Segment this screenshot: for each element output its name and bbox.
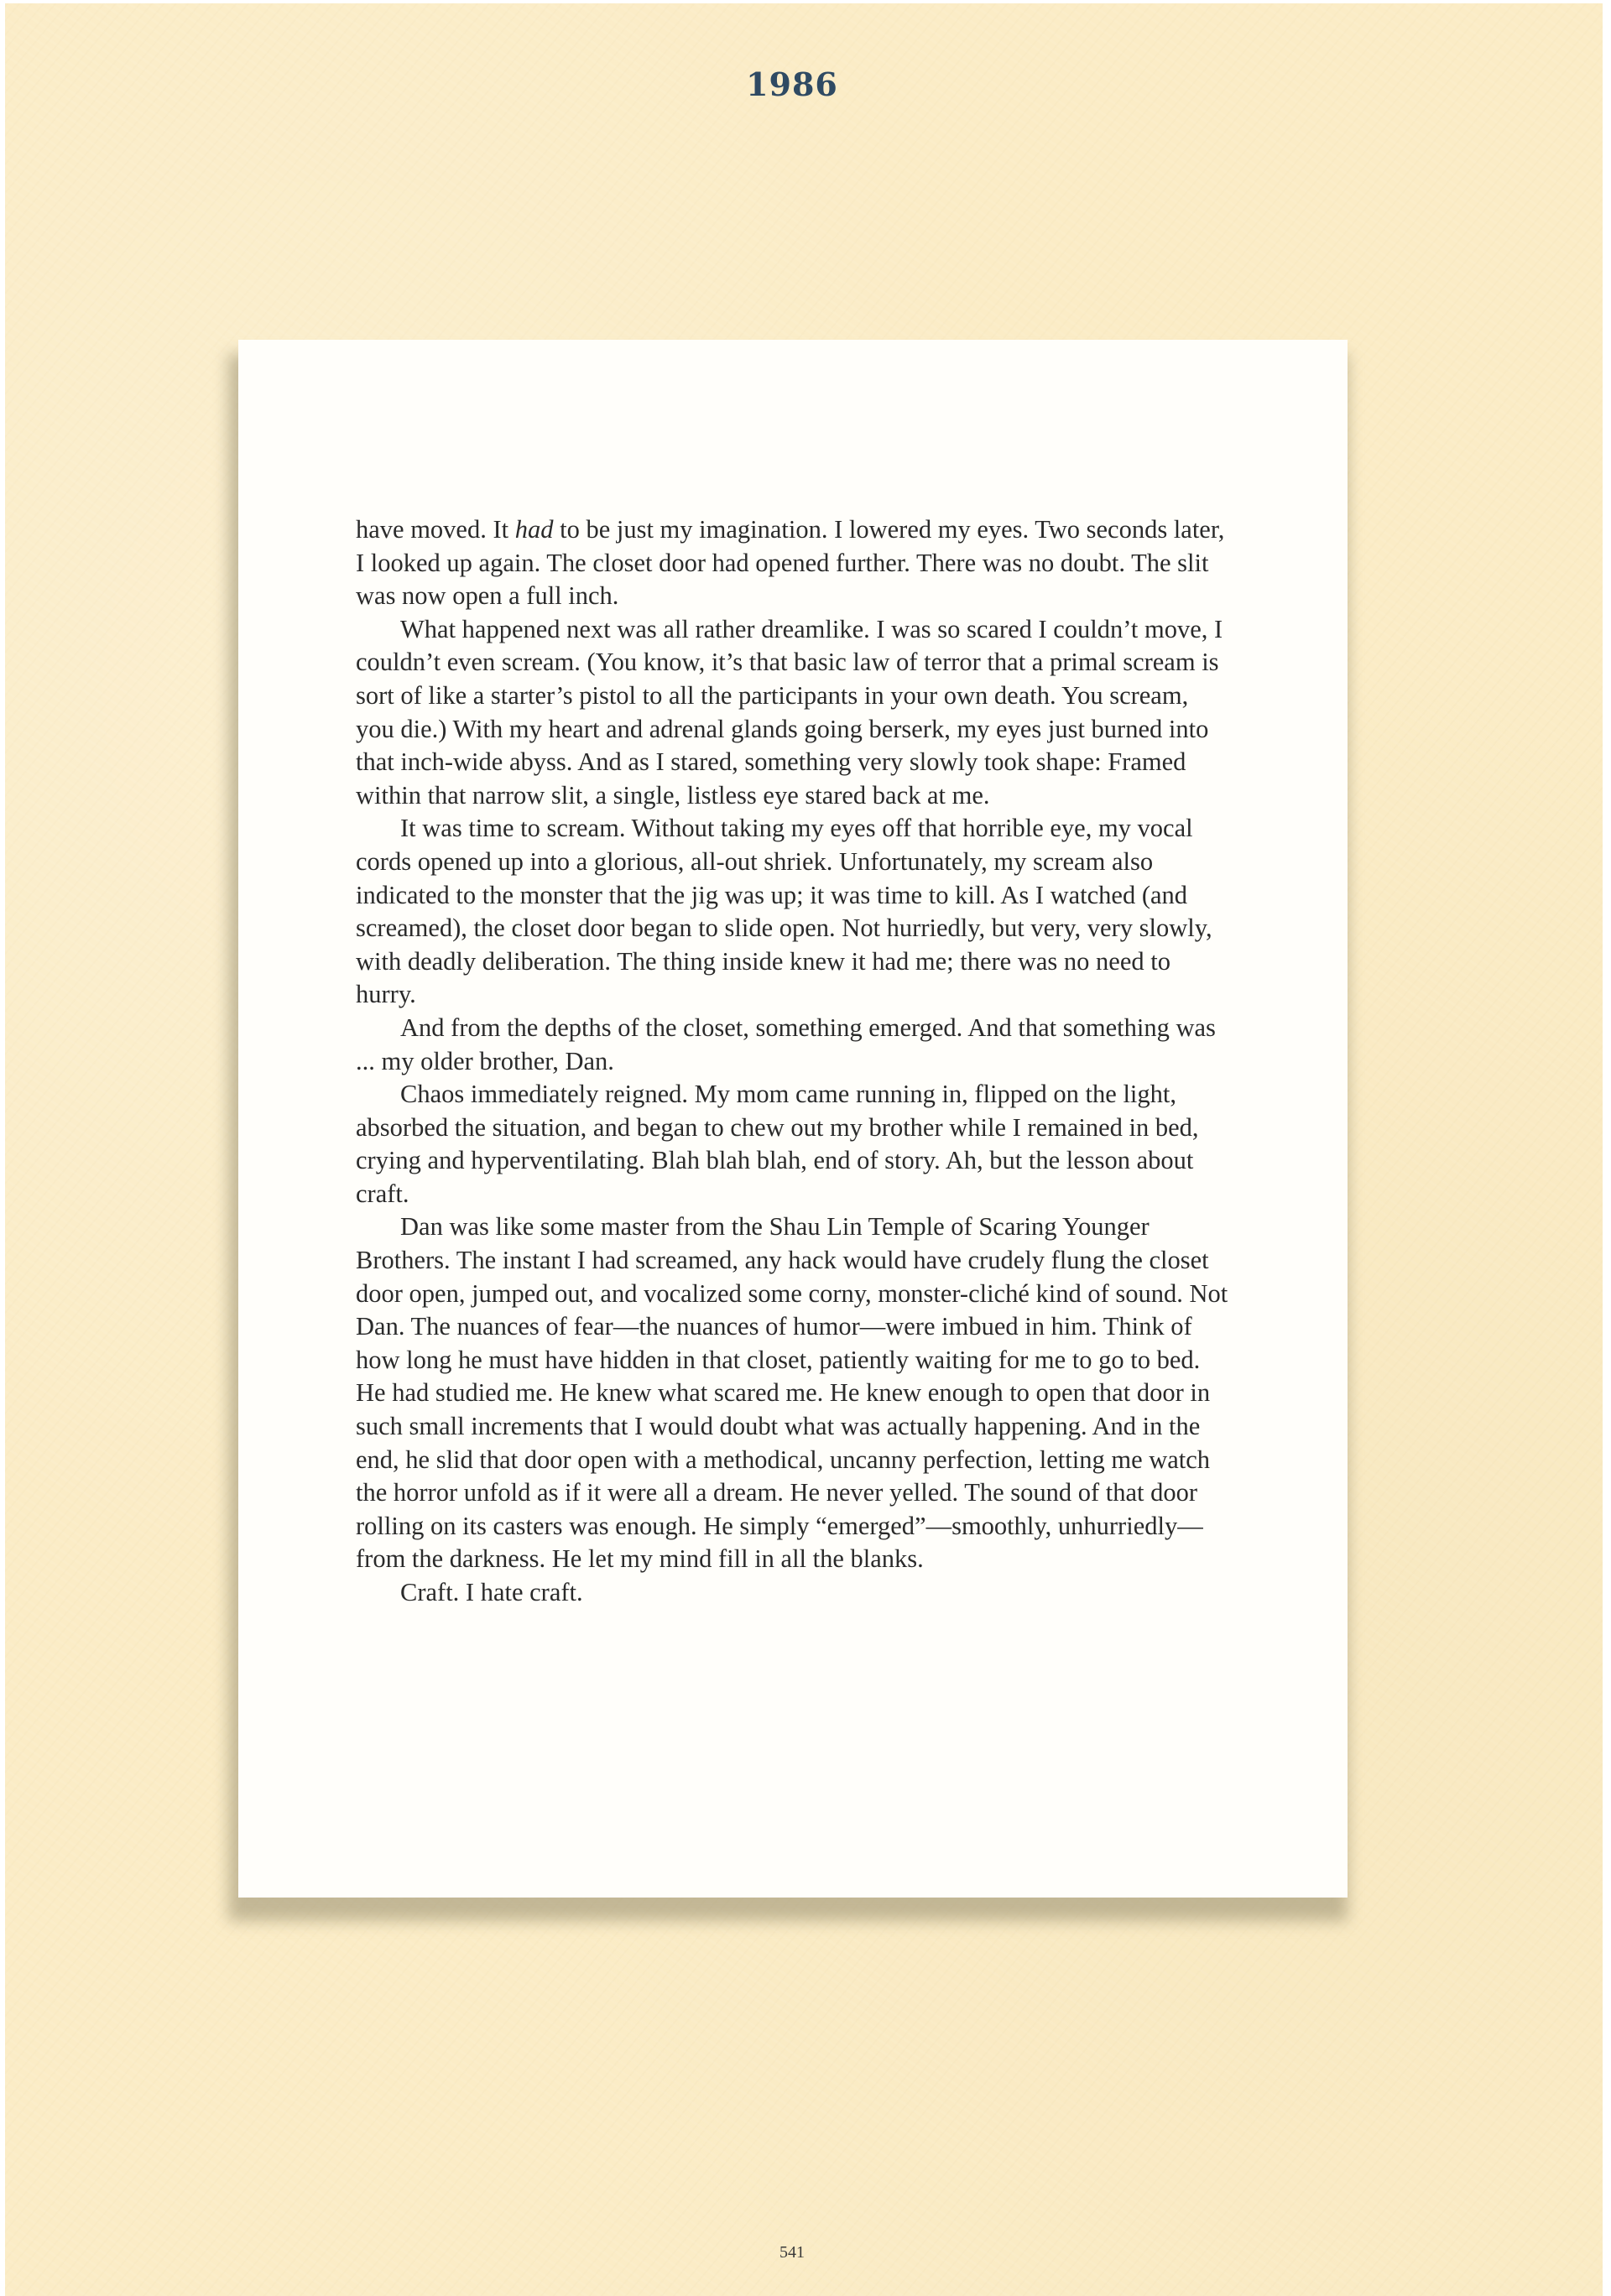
story-paragraph: Chaos immediately reigned. My mom came r… <box>356 1078 1228 1210</box>
page-number: 541 <box>5 2243 1579 2262</box>
paragraph-text: Dan was like some master from the Shau L… <box>356 1212 1228 1573</box>
book-page: 1986 have moved. It had to be just my im… <box>5 3 1603 2296</box>
emphasized-text: had <box>515 515 554 544</box>
story-paragraph: have moved. It had to be just my imagina… <box>356 513 1228 613</box>
chapter-year-heading: 1986 <box>5 65 1579 103</box>
paragraph-text: And from the depths of the closet, somet… <box>356 1013 1216 1075</box>
paragraph-text: Chaos immediately reigned. My mom came r… <box>356 1080 1199 1208</box>
paragraph-text: Craft. I hate craft. <box>400 1578 583 1606</box>
story-paragraph: And from the depths of the closet, somet… <box>356 1012 1228 1078</box>
story-text: have moved. It had to be just my imagina… <box>356 513 1228 1610</box>
story-paragraph: It was time to scream. Without taking my… <box>356 812 1228 1012</box>
paragraph-text: What happened next was all rather dreaml… <box>356 615 1223 810</box>
paragraph-text: have moved. It <box>356 515 515 544</box>
story-paragraph: Dan was like some master from the Shau L… <box>356 1210 1228 1576</box>
text-card: have moved. It had to be just my imagina… <box>238 340 1348 1898</box>
story-paragraph: What happened next was all rather dreaml… <box>356 613 1228 813</box>
paragraph-text: It was time to scream. Without taking my… <box>356 814 1212 1008</box>
story-paragraph: Craft. I hate craft. <box>356 1576 1228 1610</box>
